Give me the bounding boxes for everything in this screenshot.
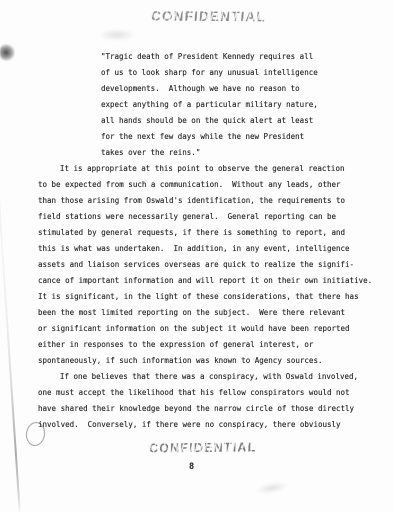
confidential-stamp-bottom: CONFIDENTIAL (149, 440, 257, 455)
quote-line: takes over the reins." (101, 145, 318, 161)
quote-line: of us to look sharp for any unusual inte… (101, 65, 318, 81)
confidential-stamp-top: CONFIDENTIAL (151, 9, 267, 25)
body-text-line: If one believes that there was a conspir… (38, 369, 358, 385)
body-text-line: assets and liaison services overseas are… (38, 257, 372, 273)
body-text-line: either in responses to the expression of… (38, 337, 372, 353)
body-text-line: involved. Conversely, if there were no c… (38, 417, 358, 433)
body-text-line: been the most limited reporting on the s… (38, 305, 372, 321)
body-text-line: cance of important information and will … (38, 273, 372, 289)
body-text-line: spontaneously, if such information was k… (38, 353, 372, 369)
body-text-line: stimulated by general requests, if there… (38, 225, 372, 241)
quote-line: developments. Although we have no reason… (101, 81, 318, 97)
body-text-line: to be expected from such a communication… (38, 177, 372, 193)
quote-line: for the next few days while the new Pres… (101, 129, 318, 145)
paper-edge-scan-line (0, 0, 21, 512)
quote-line: expect anything of a particular military… (101, 97, 318, 113)
block-quote: "Tragic death of President Kennedy requi… (101, 49, 318, 161)
body-text-line: or significant information on the subjec… (38, 321, 372, 337)
page-number: 8 (189, 462, 194, 472)
faint-smudge-top (98, 29, 136, 41)
body-text-line: It is appropriate at this point to obser… (38, 161, 372, 177)
faint-smudge-bottom-right (254, 480, 289, 497)
body-text-line: one must accept the likelihood that his … (38, 385, 358, 401)
paragraph-general-reaction: It is appropriate at this point to obser… (38, 161, 372, 369)
body-text-line: have shared their knowledge beyond the n… (38, 401, 358, 417)
scanned-document-page: CONFIDENTIAL CONFIDENTIAL "Tragic death … (0, 0, 393, 512)
body-text-line: field stations were necessarily general.… (38, 209, 372, 225)
quote-line: all hands should be on the quick alert a… (101, 113, 318, 129)
ink-smudge-left-margin (0, 44, 15, 61)
quote-line: "Tragic death of President Kennedy requi… (101, 49, 318, 65)
paragraph-conspiracy: If one believes that there was a conspir… (38, 369, 358, 433)
body-text-line: this is what was undertaken. In addition… (38, 241, 372, 257)
body-text-line: It is significant, in the light of these… (38, 289, 372, 305)
body-text-line: than those arising from Oswald's identif… (38, 193, 372, 209)
